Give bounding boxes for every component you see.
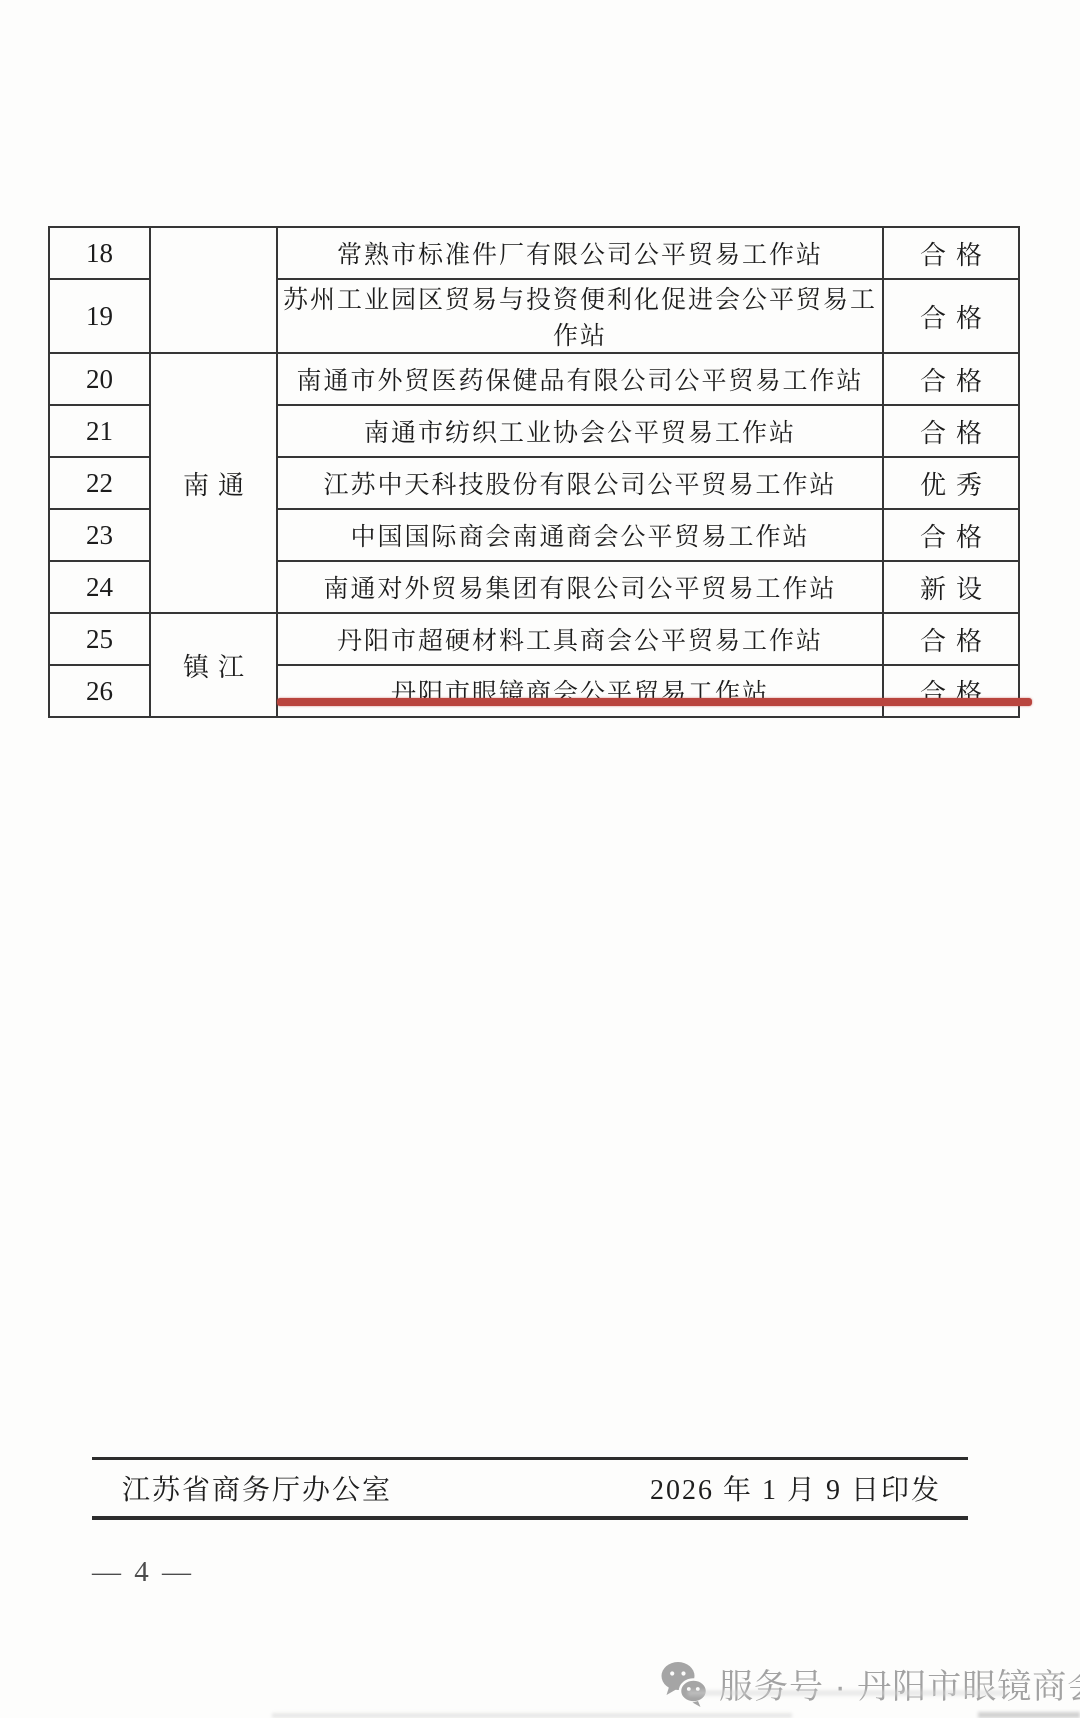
result-cell: 合格 (883, 279, 1019, 353)
table-row: 18常熟市标准件厂有限公司公平贸易工作站合格 (49, 227, 1019, 279)
row-number-cell: 20 (49, 353, 150, 405)
page-edge-artifact (978, 1712, 1080, 1718)
result-cell: 新设 (883, 561, 1019, 613)
station-name-cell: 江苏中天科技股份有限公司公平贸易工作站 (277, 457, 883, 509)
document-page: 18常熟市标准件厂有限公司公平贸易工作站合格19苏州工业园区贸易与投资便利化促进… (0, 0, 1080, 1718)
row-number-cell: 25 (49, 613, 150, 665)
wechat-icon (660, 1660, 708, 1707)
result-cell: 合格 (883, 509, 1019, 561)
issuer-footer: 江苏省商务厅办公室 2026 年 1 月 9 日印发 (92, 1457, 968, 1520)
station-name-cell: 常熟市标准件厂有限公司公平贸易工作站 (277, 227, 883, 279)
page-edge-artifact (272, 1713, 792, 1718)
row-number-cell: 24 (49, 561, 150, 613)
result-cell: 合格 (883, 665, 1019, 717)
row-number-cell: 18 (49, 227, 150, 279)
result-cell: 合格 (883, 613, 1019, 665)
station-name-cell: 南通市纺织工业协会公平贸易工作站 (277, 405, 883, 457)
row-number-cell: 19 (49, 279, 150, 353)
row-number-cell: 26 (49, 665, 150, 717)
station-name-cell: 丹阳市眼镜商会公平贸易工作站 (277, 665, 883, 717)
wechat-footer[interactable]: 服务号 · 丹阳市眼镜商会 (660, 1658, 1080, 1708)
table-row: 25镇江丹阳市超硬材料工具商会公平贸易工作站合格 (49, 613, 1019, 665)
issuer-date: 2026 年 1 月 9 日印发 (650, 1468, 941, 1508)
station-name-cell: 丹阳市超硬材料工具商会公平贸易工作站 (277, 613, 883, 665)
result-cell: 合格 (883, 353, 1019, 405)
city-cell: 南通 (150, 353, 277, 613)
city-cell (150, 227, 277, 353)
city-cell: 镇江 (150, 613, 277, 717)
row-number-cell: 23 (49, 509, 150, 561)
fair-trade-stations-table: 18常熟市标准件厂有限公司公平贸易工作站合格19苏州工业园区贸易与投资便利化促进… (48, 226, 1020, 718)
row-number-cell: 21 (49, 405, 150, 457)
station-name-cell: 苏州工业园区贸易与投资便利化促进会公平贸易工作站 (277, 279, 883, 353)
station-name-cell: 南通对外贸易集团有限公司公平贸易工作站 (277, 561, 883, 613)
highlight-underline (277, 698, 1032, 706)
issuer-office: 江苏省商务厅办公室 (122, 1468, 392, 1508)
result-cell: 合格 (883, 405, 1019, 457)
page-number: — 4 — (92, 1556, 194, 1589)
station-name-cell: 中国国际商会南通商会公平贸易工作站 (277, 509, 883, 561)
station-name-cell: 南通市外贸医药保健品有限公司公平贸易工作站 (277, 353, 883, 405)
result-cell: 合格 (883, 227, 1019, 279)
wechat-account-label: 服务号 · 丹阳市眼镜商会 (719, 1659, 1080, 1708)
table-row: 20南通南通市外贸医药保健品有限公司公平贸易工作站合格 (49, 353, 1019, 405)
result-cell: 优秀 (883, 457, 1019, 509)
row-number-cell: 22 (49, 457, 150, 509)
page-edge-artifact (688, 1690, 1006, 1696)
